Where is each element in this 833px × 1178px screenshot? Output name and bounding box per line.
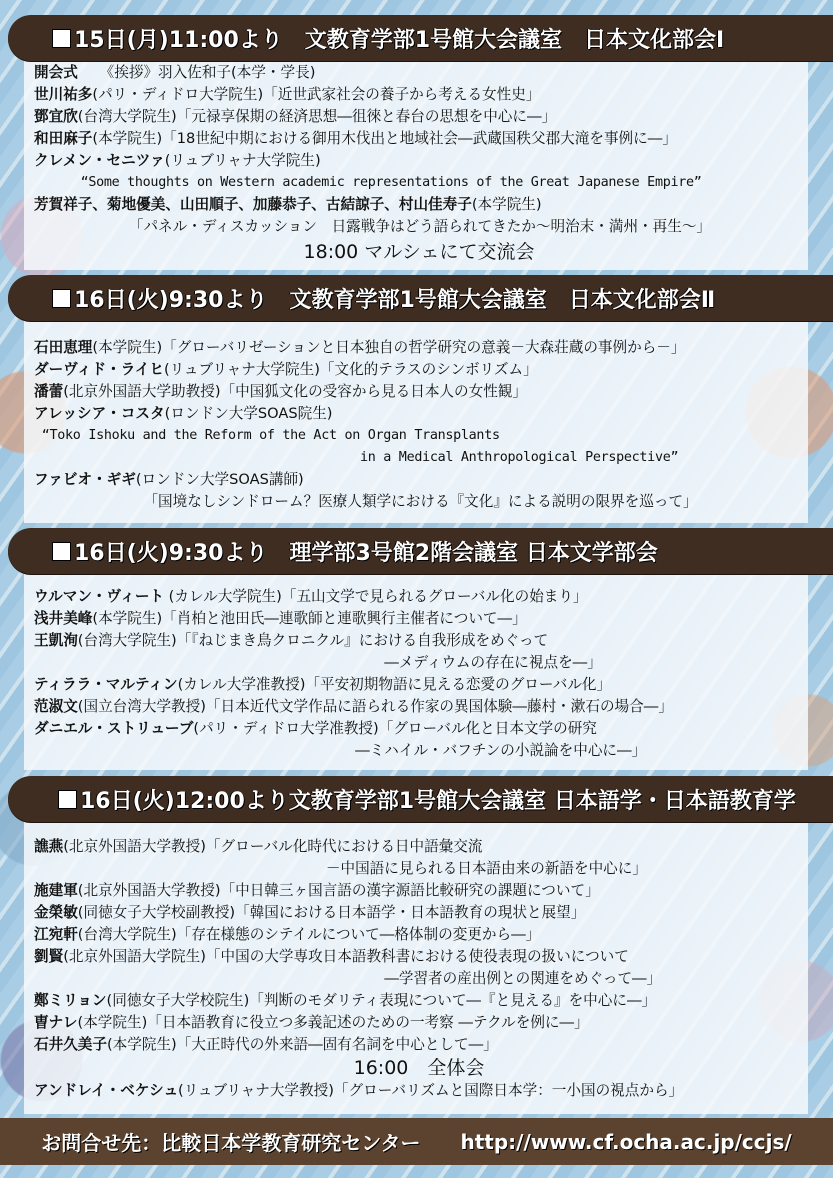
contact-label: お問合せ先：比較日本学教育研究センター	[41, 1127, 420, 1156]
session-4-list: 譙燕(北京外国語大学教授)「グローバル化時代における日中語彙交流 －中国語に見ら…	[34, 836, 804, 1102]
list-item: 鄭ミリョン(同徳女子大学校院生)「判断のモダリティ表現について―『と見える』を中…	[34, 990, 804, 1012]
session-3-header: 16日(火)9:30より 理学部3号館2階会議室 日本文学部会	[8, 528, 833, 574]
list-item: 劉賢(北京外国語大学院生)「中国の大学専攻日本語教科書における使役表現の扱いにつ…	[34, 946, 804, 968]
list-item: 和田麻子(本学院生)「18世紀中期における御用木伐出と地域社会―武蔵国秩父郡大滝…	[34, 128, 804, 150]
session-header-text: 16日(火)12:00より文教育学部1号館大会議室 日本語学・日本語教育学	[80, 784, 796, 815]
session-4-header: 16日(火)12:00より文教育学部1号館大会議室 日本語学・日本語教育学	[8, 776, 833, 822]
list-item: 施建軍(北京外国語大学教授)「中日韓三ヶ国言語の漢字源語比較研究の課題について」	[34, 880, 804, 902]
session-header-text: 16日(火)9:30より 文教育学部1号館大会議室 日本文化部会Ⅱ	[74, 283, 715, 314]
session-header-text: 16日(火)9:30より 理学部3号館2階会議室 日本文学部会	[74, 536, 658, 567]
square-bullet-icon	[52, 29, 71, 48]
list-item: ファビオ・ギギ(ロンドン大学SOAS講師)	[34, 469, 804, 491]
list-item-continuation: ―学習者の産出例との関連をめぐって―」	[34, 968, 804, 990]
list-item-continuation: 「パネル・ディスカッション 日露戦争はどう語られてきたか～明治末・満州・再生～」	[34, 216, 804, 238]
list-item: 譙燕(北京外国語大学教授)「グローバル化時代における日中語彙交流	[34, 836, 804, 858]
list-item-continuation: ―メディウムの存在に視点を―」	[34, 652, 804, 674]
list-item: 石田恵理(本学院生)「グローバリゼーションと日本独自の哲学研究の意義－大森荘蔵の…	[34, 337, 804, 359]
session-2-header: 16日(火)9:30より 文教育学部1号館大会議室 日本文化部会Ⅱ	[8, 275, 833, 321]
list-item-english-title: “Toko Ishoku and the Reform of the Act o…	[34, 425, 804, 447]
list-item: 范淑文(国立台湾大学教授)「日本近代文学作品に語られる作家の異国体験―藤村・漱石…	[34, 696, 804, 718]
list-item: 芳賀祥子、菊地優美、山田順子、加藤恭子、古結諒子、村山佳寿子(本学院生)	[34, 194, 804, 216]
list-item: 江宛軒(台湾大学院生)「存在様態のシテイルについて―格体制の変更から―」	[34, 924, 804, 946]
list-item-english-title: “Some thoughts on Western academic repre…	[34, 172, 804, 194]
list-item: アンドレイ・ベケシュ(リュブリャナ大学教授)「グローバリズムと国際日本学：一小国…	[34, 1080, 804, 1102]
session-closing-note: 18:00 マルシェにて交流会	[34, 238, 804, 266]
list-item: 潘蕾(北京外国語大学助教授)「中国狐文化の受容から見る日本人の女性観」	[34, 381, 804, 403]
session-2-list: 石田恵理(本学院生)「グローバリゼーションと日本独自の哲学研究の意義－大森荘蔵の…	[34, 337, 804, 513]
list-item: 鄧宜欣(台湾大学院生)「元禄享保期の経済思想―徂徠と春台の思想を中心に―」	[34, 106, 804, 128]
session-3-list: ウルマン・ヴィート (カレル大学院生)「五山文学で見られるグローバル化の始まり」…	[34, 586, 804, 762]
session-1-list: 開会式 《挨拶》羽入佐和子(本学・学長) 世川祐多(パリ・ディドロ大学院生)「近…	[34, 62, 804, 266]
list-item: 浅井美峰(本学院生)「肖柏と池田氏―連歌師と連歌興行主催者について―」	[34, 608, 804, 630]
list-item: ダーヴィド・ライヒ(リュブリャナ大学院生)「文化的テラスのシンボリズム」	[34, 359, 804, 381]
list-item: ダニエル・ストリューブ(パリ・ディドロ大学准教授)「グローバル化と日本文学の研究	[34, 718, 804, 740]
list-item: アレッシア・コスタ(ロンドン大学SOAS院生)	[34, 403, 804, 425]
contact-url-link[interactable]: http://www.cf.ocha.ac.jp/ccjs/	[460, 1130, 791, 1154]
list-item: 金榮敏(同徳女子大学校副教授)「韓国における日本語学・日本語教育の現状と展望」	[34, 902, 804, 924]
session-closing-note: 16:00 全体会	[34, 1056, 804, 1080]
list-item: クレメン・セニツァ(リュブリャナ大学院生)	[34, 150, 804, 172]
list-item: 曺ナレ(本学院生)「日本語教育に役立つ多義記述のための一考察 ―テクルを例に―」	[34, 1012, 804, 1034]
square-bullet-icon	[58, 790, 77, 809]
list-item: 王凱洵(台湾大学院生)「『ねじまき鳥クロニクル』における自我形成をめぐって	[34, 630, 804, 652]
list-item-continuation: ―ミハイル・バフチンの小説論を中心に―」	[34, 740, 804, 762]
list-item: 開会式 《挨拶》羽入佐和子(本学・学長)	[34, 62, 804, 84]
list-item-continuation: －中国語に見られる日本語由来の新語を中心に」	[34, 858, 804, 880]
list-item-english-title: in a Medical Anthropological Perspective…	[34, 447, 804, 469]
list-item: ウルマン・ヴィート (カレル大学院生)「五山文学で見られるグローバル化の始まり」	[34, 586, 804, 608]
square-bullet-icon	[52, 542, 71, 561]
square-bullet-icon	[52, 289, 71, 308]
list-item-continuation: 「国境なしシンドローム？医療人類学における『文化』による説明の限界を巡って」	[34, 491, 804, 513]
list-item: 世川祐多(パリ・ディドロ大学院生)「近世武家社会の養子から考える女性史」	[34, 84, 804, 106]
list-item: ティララ・マルティン(カレル大学准教授)「平安初期物語に見える恋愛のグローバル化…	[34, 674, 804, 696]
spacer	[420, 1127, 460, 1156]
session-header-text: 15日(月)11:00より 文教育学部1号館大会議室 日本文化部会Ⅰ	[74, 23, 724, 54]
contact-footer: お問合せ先：比較日本学教育研究センター http://www.cf.ocha.a…	[0, 1118, 833, 1165]
session-1-header: 15日(月)11:00より 文教育学部1号館大会議室 日本文化部会Ⅰ	[8, 15, 833, 61]
list-item: 石井久美子(本学院生)「大正時代の外来語―固有名詞を中心として―」	[34, 1034, 804, 1056]
